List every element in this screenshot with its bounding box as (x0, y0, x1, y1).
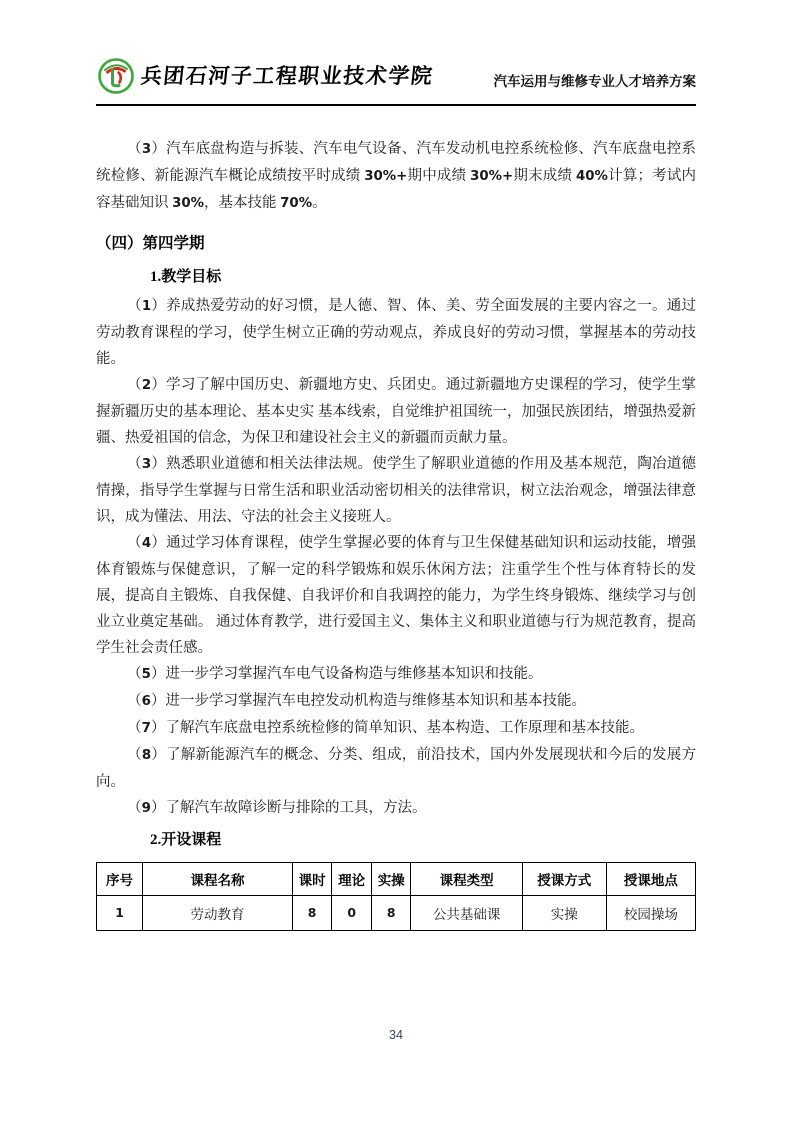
col-header-teaching-method: 授课方式 (522, 863, 606, 896)
course-table-header-row: 序号 课程名称 课时 理论 实操 课程类型 授课方式 授课地点 (97, 863, 696, 896)
header-left: 兵团石河子工程职业技术学院 (96, 55, 434, 95)
page-header: 兵团石河子工程职业技术学院 汽车运用与维修专业人才培养方案 (96, 55, 696, 106)
col-header-index: 序号 (97, 863, 143, 896)
cell-practice: 8 (371, 896, 411, 931)
cell-teaching-location: 校园操场 (606, 896, 695, 931)
subheading-teaching-goals: 1.教学目标 (150, 264, 696, 290)
section-heading-semester-4: （四）第四学期 (96, 231, 696, 257)
course-table: 序号 课程名称 课时 理论 实操 课程类型 授课方式 授课地点 1 劳动教育 8… (96, 862, 696, 931)
teaching-goal-6: （6）进一步学习掌握汽车电控发动机构造与维修基本知识和基本技能。 (96, 688, 696, 715)
col-header-theory: 理论 (332, 863, 372, 896)
teaching-goal-3: （3）熟悉职业道德和相关法律法规。使学生了解职业道德的作用及基本规范，陶冶道德情… (96, 451, 696, 530)
cell-course-type: 公共基础课 (411, 896, 522, 931)
cell-hours: 8 (292, 896, 332, 931)
subheading-offered-courses: 2.开设课程 (150, 827, 696, 853)
cell-teaching-method: 实操 (522, 896, 606, 931)
col-header-teaching-location: 授课地点 (606, 863, 695, 896)
teaching-goal-7: （7）了解汽车底盘电控系统检修的简单知识、基本构造、工作原理和基本技能。 (96, 715, 696, 742)
document-page: 兵团石河子工程职业技术学院 汽车运用与维修专业人才培养方案 （3）汽车底盘构造与… (0, 0, 792, 1122)
paragraph-grade-calculation: （3）汽车底盘构造与拆装、汽车电气设备、汽车发动机电控系统检修、汽车底盘电控系统… (96, 136, 696, 217)
cell-theory: 0 (332, 896, 372, 931)
teaching-goal-4: （4）通过学习体育课程，使学生掌握必要的体育与卫生保健基础知识和运动技能，增强体… (96, 530, 696, 661)
cell-index: 1 (97, 896, 143, 931)
college-logo-icon (96, 55, 136, 95)
teaching-goal-5: （5）进一步学习掌握汽车电气设备构造与维修基本知识和技能。 (96, 661, 696, 688)
doc-title: 汽车运用与维修专业人才培养方案 (494, 70, 697, 95)
page-number: 34 (0, 1028, 792, 1042)
col-header-course-type: 课程类型 (411, 863, 522, 896)
teaching-goal-8: （8）了解新能源汽车的概念、分类、组成，前沿技术，国内外发展现状和今后的发展方向… (96, 742, 696, 795)
col-header-hours: 课时 (292, 863, 332, 896)
document-body: （3）汽车底盘构造与拆装、汽车电气设备、汽车发动机电控系统检修、汽车底盘电控系统… (96, 136, 696, 931)
cell-course-name: 劳动教育 (143, 896, 293, 931)
teaching-goal-9: （9）了解汽车故障诊断与排除的工具，方法。 (96, 795, 696, 822)
college-name: 兵团石河子工程职业技术学院 (139, 60, 435, 90)
col-header-course-name: 课程名称 (143, 863, 293, 896)
teaching-goal-1: （1）养成热爱劳动的好习惯，是人德、智、体、美、劳全面发展的主要内容之一。通过劳… (96, 293, 696, 372)
course-table-row-1: 1 劳动教育 8 0 8 公共基础课 实操 校园操场 (97, 896, 696, 931)
col-header-practice: 实操 (371, 863, 411, 896)
teaching-goal-2: （2）学习了解中国历史、新疆地方史、兵团史。通过新疆地方史课程的学习，使学生掌握… (96, 372, 696, 451)
